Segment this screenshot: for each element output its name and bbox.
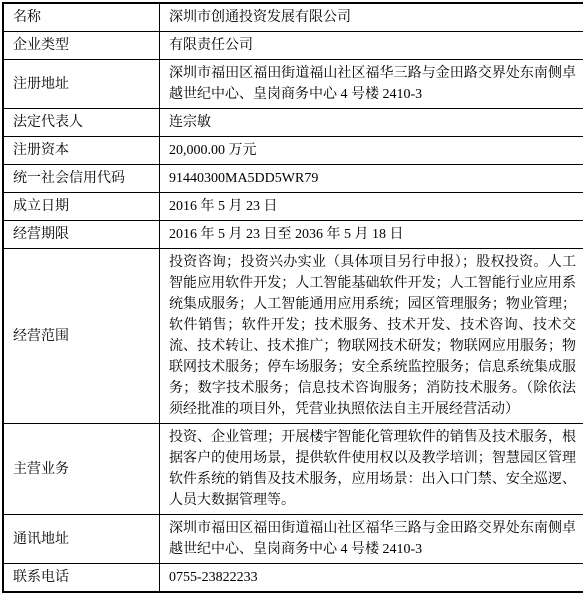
field-label: 主营业务 [3,424,160,515]
table-row: 经营期限 2016 年 5 月 23 日至 2036 年 5 月 18 日 [3,221,583,249]
table-row: 成立日期 2016 年 5 月 23 日 [3,193,583,221]
field-value: 2016 年 5 月 23 日 [160,193,583,221]
field-label: 注册资本 [3,137,160,165]
table-row: 经营范围 投资咨询；投资兴办实业（具体项目另行申报）；股权投资。人工智能应用软件… [3,249,583,424]
company-info-table: 名称 深圳市创通投资发展有限公司 企业类型 有限责任公司 注册地址 深圳市福田区… [2,2,583,593]
field-label: 统一社会信用代码 [3,165,160,193]
field-value: 0755-23822233 [160,564,583,593]
field-label: 联系电话 [3,564,160,593]
field-value: 深圳市创通投资发展有限公司 [160,3,583,32]
field-value: 投资咨询；投资兴办实业（具体项目另行申报）；股权投资。人工智能应用软件开发；人工… [160,249,583,424]
field-label: 经营期限 [3,221,160,249]
field-label: 企业类型 [3,32,160,60]
field-value: 2016 年 5 月 23 日至 2036 年 5 月 18 日 [160,221,583,249]
table-row: 注册地址 深圳市福田区福田街道福山社区福华三路与金田路交界处东南侧卓越世纪中心、… [3,60,583,109]
table-row: 注册资本 20,000.00 万元 [3,137,583,165]
field-label: 经营范围 [3,249,160,424]
company-table-body: 名称 深圳市创通投资发展有限公司 企业类型 有限责任公司 注册地址 深圳市福田区… [3,3,583,592]
field-label: 成立日期 [3,193,160,221]
table-row: 通讯地址 深圳市福田区福田街道福山社区福华三路与金田路交界处东南侧卓越世纪中心、… [3,515,583,564]
field-value: 深圳市福田区福田街道福山社区福华三路与金田路交界处东南侧卓越世纪中心、皇岗商务中… [160,60,583,109]
table-row: 企业类型 有限责任公司 [3,32,583,60]
field-value: 深圳市福田区福田街道福山社区福华三路与金田路交界处东南侧卓越世纪中心、皇岗商务中… [160,515,583,564]
table-row: 统一社会信用代码 91440300MA5DD5WR79 [3,165,583,193]
table-row: 主营业务 投资、企业管理；开展楼宇智能化管理软件的销售及技术服务，根据客户的使用… [3,424,583,515]
table-row: 名称 深圳市创通投资发展有限公司 [3,3,583,32]
field-value: 连宗敏 [160,109,583,137]
field-value: 有限责任公司 [160,32,583,60]
field-label: 名称 [3,3,160,32]
field-value: 20,000.00 万元 [160,137,583,165]
field-label: 法定代表人 [3,109,160,137]
table-row: 法定代表人 连宗敏 [3,109,583,137]
field-value: 投资、企业管理；开展楼宇智能化管理软件的销售及技术服务，根据客户的使用场景，提供… [160,424,583,515]
field-value: 91440300MA5DD5WR79 [160,165,583,193]
field-label: 通讯地址 [3,515,160,564]
table-row: 联系电话 0755-23822233 [3,564,583,593]
field-label: 注册地址 [3,60,160,109]
